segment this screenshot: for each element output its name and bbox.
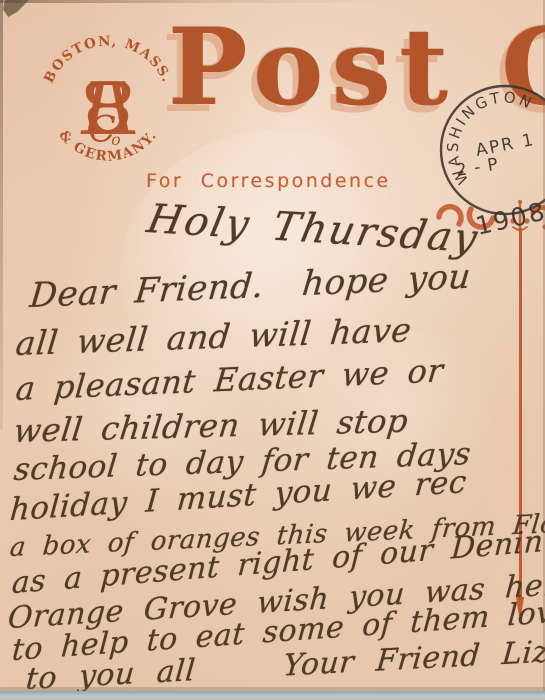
scanned-postcard-page: BOSTON, MASS. B B C o & GERMANY. Post C … <box>0 0 545 700</box>
postcard: BOSTON, MASS. B B C o & GERMANY. Post C … <box>0 0 545 700</box>
postmark-year: 1908 <box>473 196 545 240</box>
publisher-logo: BOSTON, MASS. B B C o & GERMANY. <box>28 26 188 176</box>
scan-background-strip <box>0 691 545 700</box>
card-top-edge <box>0 0 545 3</box>
monogram-o: o <box>111 130 121 149</box>
correspondence-label: For Correspondence <box>146 170 391 192</box>
card-left-edge <box>0 0 3 430</box>
